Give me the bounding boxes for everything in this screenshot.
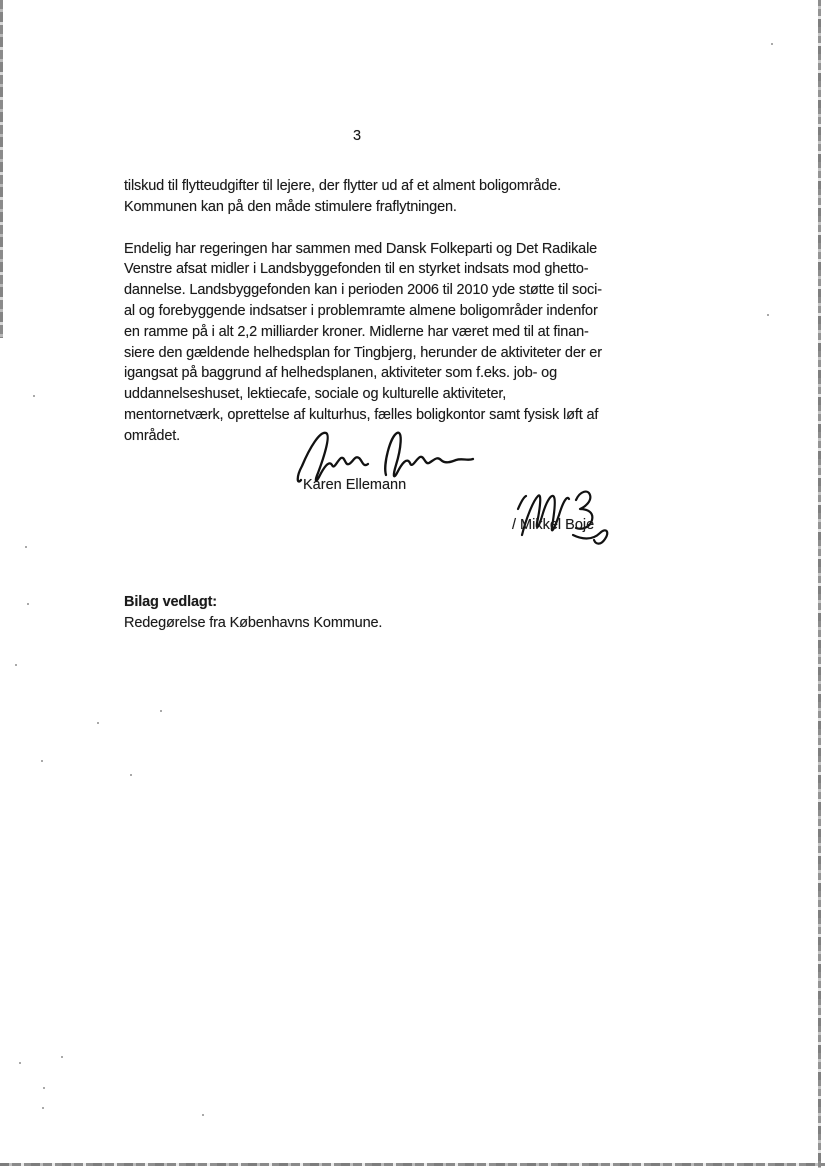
signatory-name: Karen Ellemann [303, 477, 406, 493]
attachment-item: Redegørelse fra Københavns Kommune. [124, 613, 382, 634]
scan-speck [130, 774, 132, 776]
text-line: mentornetværk, oprettelse af kulturhus, … [124, 405, 616, 426]
text-line: al og forebyggende indsatser i problemra… [124, 301, 616, 322]
text-line: Kommunen kan på den måde stimulere frafl… [124, 197, 616, 218]
scan-speck [33, 395, 35, 397]
scan-edge-left [0, 0, 3, 338]
scan-speck [767, 314, 769, 316]
scan-speck [43, 1087, 45, 1089]
scanned-letter-page: 3 tilskud til flytteudgifter til lejere,… [0, 0, 825, 1168]
scan-edge-bottom [0, 1163, 825, 1166]
attachments-section: Bilag vedlagt: Redegørelse fra København… [124, 592, 382, 634]
scan-edge-right [818, 0, 821, 1168]
text-line: uddannelseshuset, lektiecafe, sociale og… [124, 384, 616, 405]
scan-speck [771, 43, 773, 45]
letter-body: tilskud til flytteudgifter til lejere, d… [124, 176, 616, 468]
scan-speck [15, 664, 17, 666]
scan-speck [25, 546, 27, 548]
scan-speck [160, 710, 162, 712]
signature-mikkel-boje: / Mikkel Boje [509, 487, 624, 549]
text-line: siere den gældende helhedsplan for Tingb… [124, 343, 616, 364]
scan-speck [202, 1114, 204, 1116]
scan-speck [42, 1107, 44, 1109]
scan-speck [97, 722, 99, 724]
scan-speck [19, 1062, 21, 1064]
page-number: 3 [124, 128, 590, 144]
attachments-heading: Bilag vedlagt: [124, 592, 382, 613]
text-line: tilskud til flytteudgifter til lejere, d… [124, 176, 616, 197]
text-line: Venstre afsat midler i Landsbyggefonden … [124, 259, 616, 280]
scan-speck [41, 760, 43, 762]
text-line: igangsat på baggrund af helhedsplanen, a… [124, 363, 616, 384]
text-line: en ramme på i alt 2,2 milliarder kroner.… [124, 322, 616, 343]
text-line: Endelig har regeringen har sammen med Da… [124, 239, 616, 260]
scan-speck [61, 1056, 63, 1058]
text-line: dannelse. Landsbyggefonden kan i periode… [124, 280, 616, 301]
scan-speck [27, 603, 29, 605]
signature-karen-ellemann: Karen Ellemann [296, 429, 476, 499]
paragraph-2: Endelig har regeringen har sammen med Da… [124, 239, 616, 447]
signatory-name: / Mikkel Boje [512, 517, 594, 533]
paragraph-1: tilskud til flytteudgifter til lejere, d… [124, 176, 616, 218]
